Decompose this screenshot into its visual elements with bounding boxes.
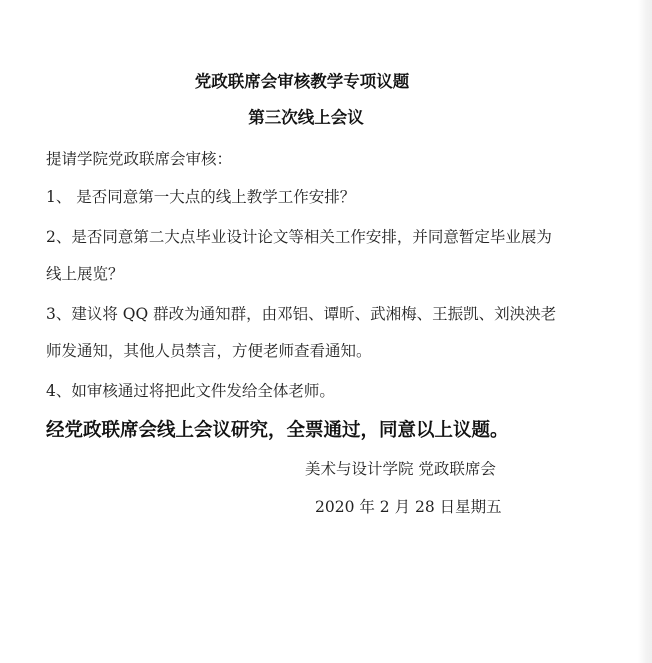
agenda-item-2-line-2: 线上展览？ [46, 267, 124, 283]
agenda-item-1: 1、 是否同意第一大点的线上教学工作安排？ [46, 190, 355, 206]
document-page: 党政联席会审核教学专项议题 第三次线上会议 提请学院党政联席会审核： 1、 是否… [0, 0, 652, 663]
agenda-item-3-line-2: 师发通知，其他人员禁言，方便老师查看通知。 [46, 344, 372, 360]
signature: 美术与设计学院 党政联席会 [305, 462, 496, 478]
intro-text: 提请学院党政联席会审核： [46, 152, 232, 168]
page-edge-shadow [638, 0, 652, 663]
document-title: 党政联席会审核教学专项议题 [0, 74, 604, 91]
document-date: 2020 年 2 月 28 日星期五 [315, 500, 502, 516]
agenda-item-2-line-1: 2、是否同意第二大点毕业设计论文等相关工作安排，并同意暂定毕业展为 [46, 230, 552, 246]
document-subtitle: 第三次线上会议 [4, 110, 608, 127]
agenda-item-3-line-1: 3、建议将 QQ 群改为通知群，由邓铝、谭昕、武湘梅、王振凯、刘泱泱老 [46, 307, 556, 323]
conclusion-text: 经党政联席会线上会议研究，全票通过，同意以上议题。 [46, 422, 509, 441]
agenda-item-4: 4、如审核通过将把此文件发给全体老师。 [46, 384, 335, 400]
